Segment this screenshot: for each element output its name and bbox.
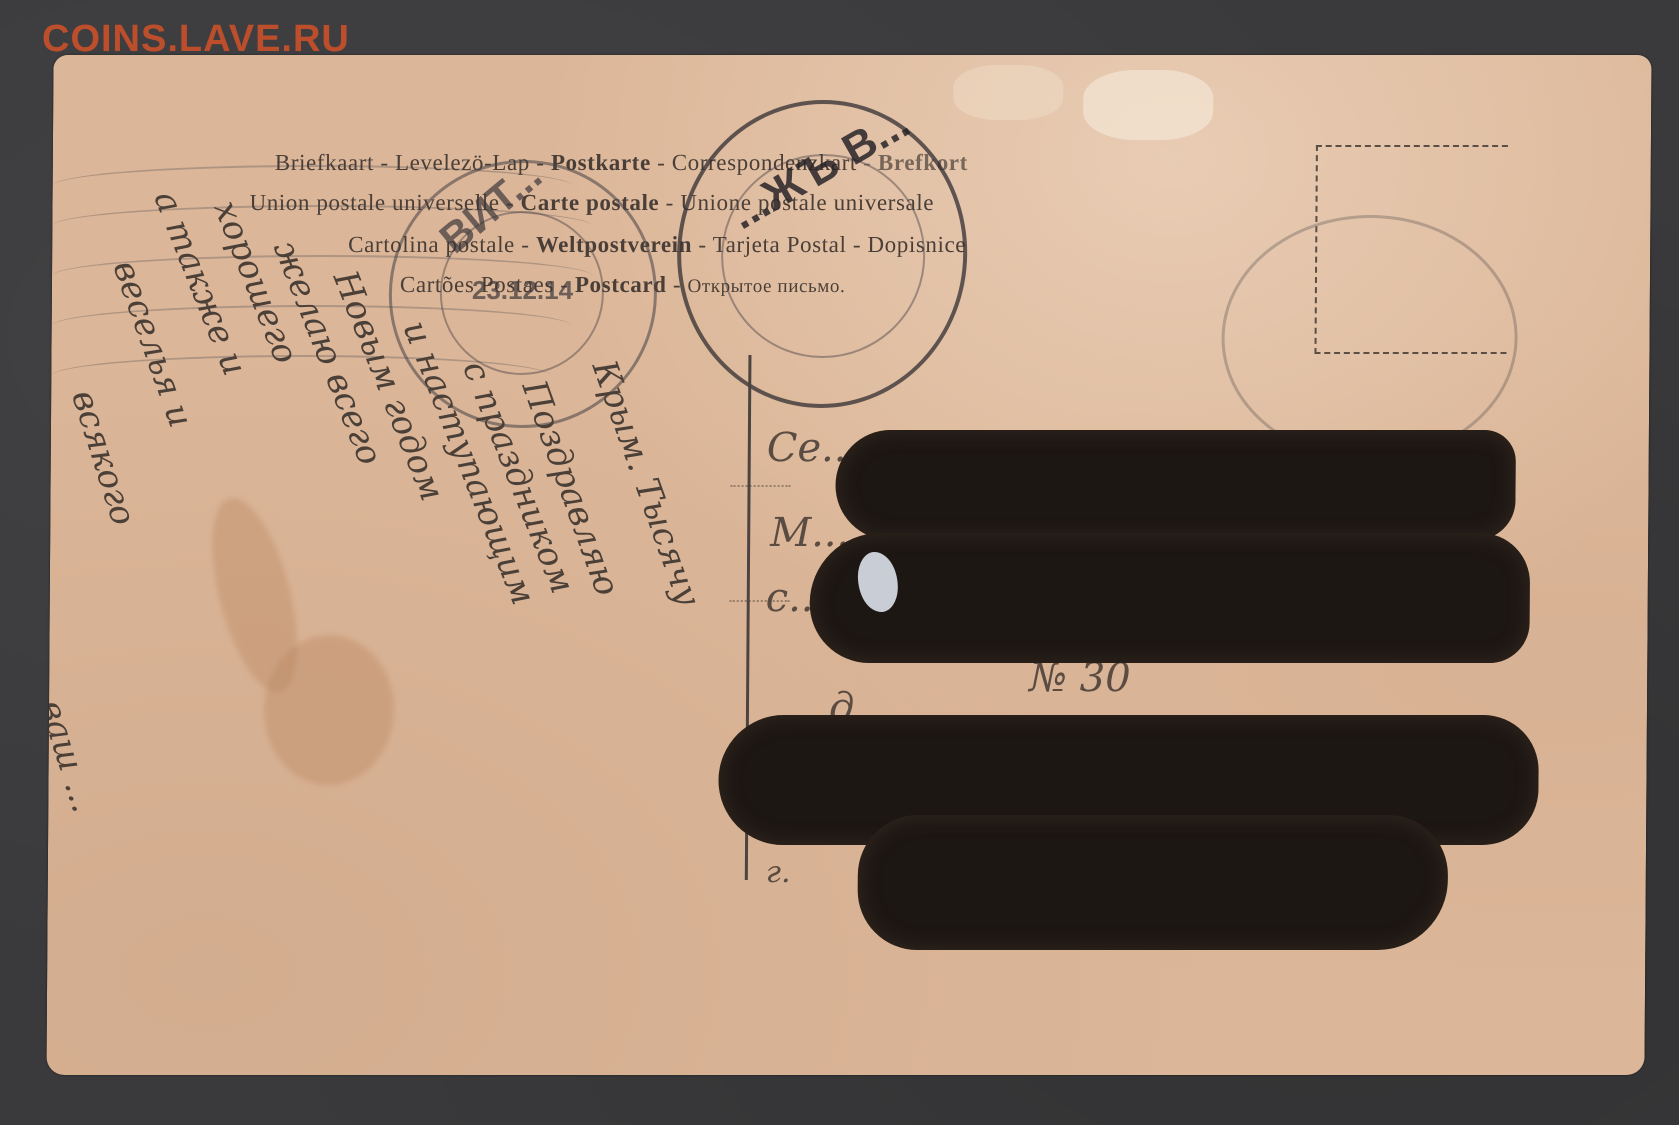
ink-redaction	[835, 430, 1516, 540]
stain	[263, 635, 394, 785]
ink-redaction	[857, 815, 1448, 950]
watermark-text: COINS.LAVE.RU	[42, 18, 350, 61]
postmark-center: ...ЖЪ В...	[676, 100, 968, 408]
postmark-date: 23.12.14	[472, 275, 573, 306]
message-line: всякого	[63, 385, 143, 530]
address-line	[730, 600, 790, 602]
stamp-area	[1314, 145, 1507, 354]
message-line: ваш ...	[46, 695, 104, 817]
paper-scuff	[1083, 70, 1213, 140]
paper-scuff	[953, 65, 1063, 120]
address-fragment: г.	[766, 855, 791, 890]
address-line	[731, 485, 791, 487]
ink-redaction	[809, 533, 1530, 663]
postcard: Briefkaart - Levelezö-Lap - Postkarte - …	[46, 55, 1651, 1075]
